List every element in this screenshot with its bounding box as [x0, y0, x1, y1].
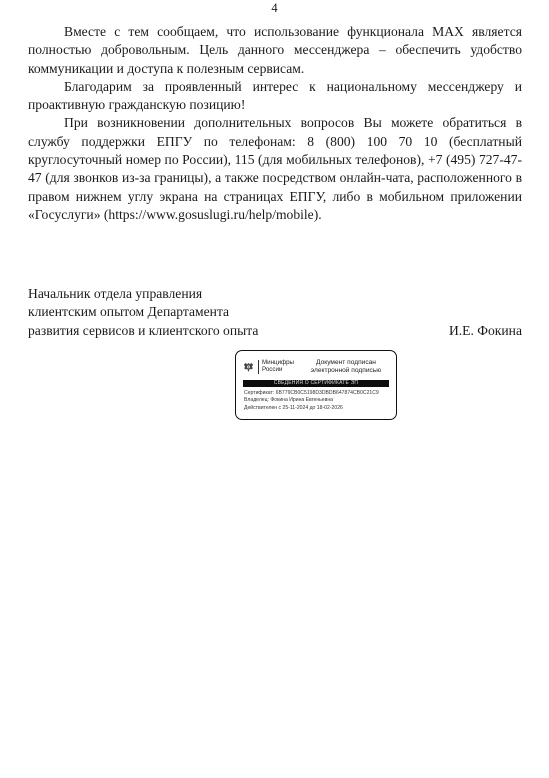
certificate-info-title: СВЕДЕНИЯ О СЕРТИФИКАТЕ ЭП	[243, 380, 389, 387]
certificate-details: Сертификат: 6B779CB0C5198D3DBDB647874CB0…	[244, 390, 392, 412]
page-number: 4	[0, 1, 549, 15]
paragraph-max-voluntary: Вместе с тем сообщаем, что использование…	[28, 23, 522, 78]
certificate-serial: Сертификат: 6B779CB0C5198D3DBDB647874CB0…	[244, 390, 392, 397]
certificate-validity: Действителен с 25-11-2024 до 18-02-2026	[244, 405, 392, 412]
signer-line: развития сервисов и клиентского опыта И.…	[28, 322, 522, 340]
paragraph-gratitude: Благодарим за проявленный интерес к наци…	[28, 78, 522, 115]
stamp-header: Минцифры России Документ подписан электр…	[242, 356, 392, 378]
signer-position-line-2: клиентским опытом Департамента	[28, 303, 522, 321]
signer-name: И.Е. Фокина	[449, 322, 522, 340]
ministry-name: Минцифры России	[258, 360, 300, 374]
paragraph-support-contacts: При возникновении дополнительных вопросо…	[28, 114, 522, 224]
ministry-line-2: России	[262, 367, 300, 374]
signer-position-line-3: развития сервисов и клиентского опыта	[28, 322, 258, 340]
signature-block: Начальник отдела управления клиентским о…	[28, 285, 522, 340]
certificate-owner: Владелец: Фокина Ирина Евгеньевна	[244, 397, 392, 404]
signed-line-1: Документ подписан	[300, 359, 392, 367]
electronic-signature-stamp: Минцифры России Документ подписан электр…	[235, 350, 397, 420]
letter-body: Вместе с тем сообщаем, что использование…	[28, 23, 522, 224]
signed-notice: Документ подписан электронной подписью	[300, 359, 392, 374]
russian-coat-of-arms-icon	[242, 361, 255, 374]
signed-line-2: электронной подписью	[300, 367, 392, 375]
signer-position-line-1: Начальник отдела управления	[28, 285, 522, 303]
